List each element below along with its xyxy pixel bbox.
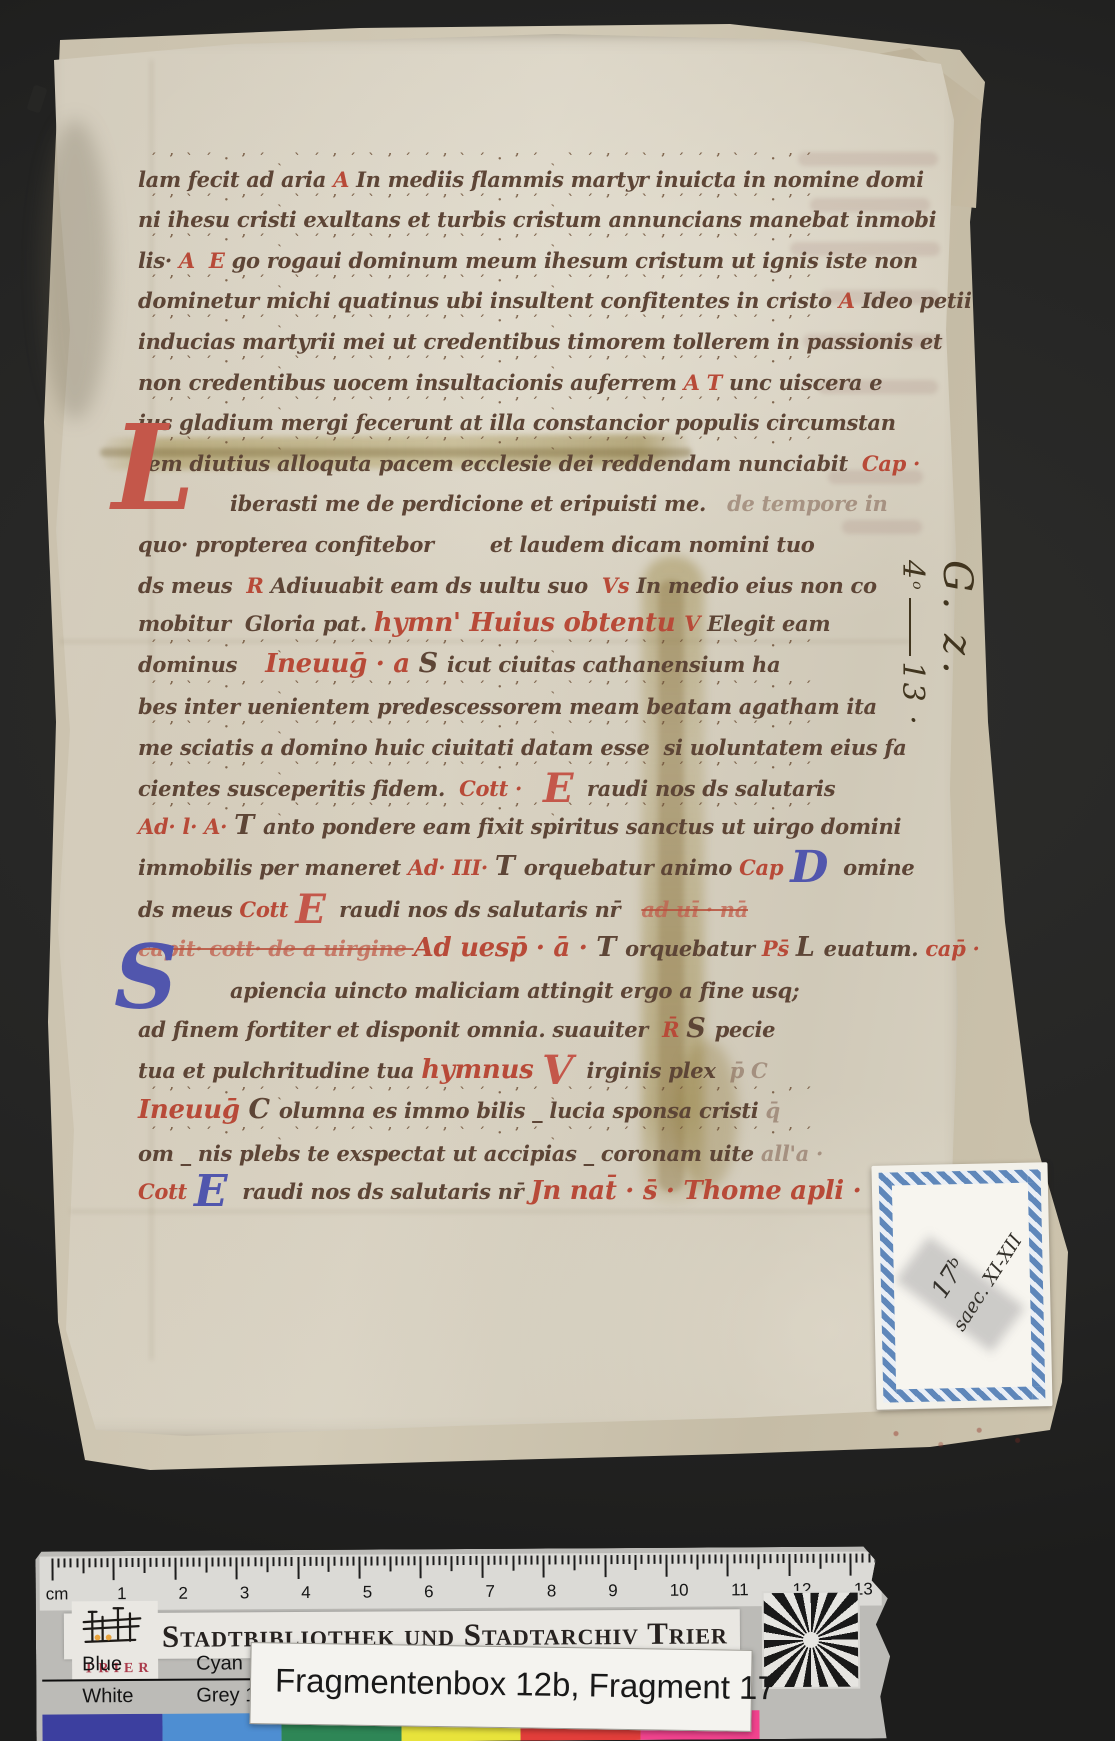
neume-marks: ˊ ʼ ˋ ˊ · ʼ ˊ ˎ ˋ ˊ ʼ ˊ ˋ ʼ ˊ ˊ ʼ ˋ ˊ · … bbox=[150, 395, 812, 410]
ruler-tick bbox=[156, 1558, 158, 1567]
ruler-number: 4 bbox=[301, 1583, 311, 1603]
manuscript-line: ˊ ʼ ˋ ˊ · ʼ ˊ ˎ ˋ ˊ ʼ ˊ ˋ ʼ ˊ ˊ ʼ ˋ ˊ · … bbox=[138, 272, 828, 313]
ruler-tick bbox=[770, 1554, 772, 1563]
ruler-tick bbox=[739, 1554, 741, 1563]
ruler-tick bbox=[622, 1555, 624, 1564]
ruler-tick bbox=[352, 1557, 354, 1566]
ruler-tick bbox=[801, 1554, 803, 1563]
ruler-tick bbox=[708, 1554, 710, 1563]
ruler-tick bbox=[211, 1558, 213, 1567]
ruler-tick bbox=[604, 1555, 606, 1577]
ruler-tick bbox=[616, 1555, 618, 1564]
degree-mark: o bbox=[909, 581, 925, 591]
ruler-tick bbox=[125, 1558, 127, 1567]
ruler-tick bbox=[279, 1557, 281, 1566]
manuscript-line-text: lam fecit ad aria A In mediis flammis ma… bbox=[138, 169, 924, 190]
manuscript-line: ˊ ʼ ˋ ˊ · ʼ ˊ ˎ ˋ ˊ ʼ ˊ ˋ ʼ ˊ ˊ ʼ ˋ ˊ · … bbox=[138, 434, 828, 475]
ruler-tick bbox=[150, 1558, 152, 1567]
star-center-dot bbox=[803, 1632, 819, 1648]
neume-marks: ˊ ʼ ˋ ˊ · ʼ ˊ ˎ ˋ ˊ ʼ ˊ ˋ ʼ ˊ ˊ ʼ ˋ ˊ · … bbox=[150, 719, 812, 734]
ruler-tick bbox=[610, 1555, 612, 1564]
ruler-tick bbox=[868, 1554, 870, 1563]
ruler-tick bbox=[70, 1558, 72, 1567]
manuscript-line-text: om _ nis plebs te exspectat ut accipias … bbox=[138, 1143, 823, 1164]
ruler-tick bbox=[518, 1556, 520, 1565]
color-label: White bbox=[82, 1685, 133, 1708]
ruler-tick bbox=[665, 1555, 667, 1577]
manuscript-line-text: iberasti me de perdicione et eripuisti m… bbox=[230, 493, 888, 514]
ruler-tick bbox=[272, 1557, 274, 1566]
manuscript-line: apiencia uincto maliciam attingit ergo a… bbox=[138, 962, 828, 1003]
manuscript-line-text: ius gladium mergi fecerunt at illa const… bbox=[138, 412, 896, 433]
manuscript-line: mobitur Gloria pat. hymn' Huius obtentu … bbox=[138, 597, 828, 638]
archival-sticker: 17ᵇ saec. XI-XII bbox=[871, 1162, 1052, 1410]
corner-stain bbox=[40, 120, 110, 420]
manuscript-line-text: capit· cott· de a uirgine Ad uesp̄ · ā ·… bbox=[138, 934, 980, 961]
manuscript-line: ad finem fortiter et disponit omnia. sua… bbox=[138, 1002, 828, 1043]
ruler-tick bbox=[524, 1556, 526, 1565]
ruler-tick bbox=[543, 1555, 545, 1577]
manuscript-text: ˊ ʼ ˋ ˊ · ʼ ˊ ˎ ˋ ˊ ʼ ˊ ˋ ʼ ˊ ˊ ʼ ˋ ˊ · … bbox=[138, 150, 828, 1205]
ruler-tick bbox=[598, 1555, 600, 1564]
manuscript-line: ˊ ʼ ˋ ˊ · ʼ ˊ ˎ ˋ ˊ ʼ ˊ ˋ ʼ ˊ ˊ ʼ ˋ ˊ · … bbox=[138, 150, 828, 191]
ruler-number: 2 bbox=[178, 1584, 188, 1604]
ruler-tick bbox=[512, 1556, 514, 1571]
ruler-tick bbox=[862, 1554, 864, 1563]
ruler-tick bbox=[788, 1554, 790, 1576]
ruler-tick bbox=[487, 1556, 489, 1565]
color-labels-row1: BlueCyanMagenta bbox=[35, 1546, 889, 1551]
ruler-tick bbox=[137, 1558, 139, 1567]
manuscript-line: ds meus R Adiuuabit eam ds uultu suo Vs … bbox=[138, 556, 828, 597]
fragment-label-strip: Fragmentenbox 12b, Fragment 17 bbox=[249, 1642, 752, 1732]
manuscript-line: ˊ ʼ ˋ ˊ · ʼ ˊ ˎ ˋ ˊ ʼ ˊ ˋ ʼ ˊ ˊ ʼ ˋ ˊ · … bbox=[138, 637, 828, 678]
edge-notch bbox=[26, 84, 47, 113]
ruler-tick bbox=[758, 1554, 760, 1569]
ruler-tick bbox=[383, 1556, 385, 1565]
neume-marks: ˊ ʼ ˋ ˊ · ʼ ˊ ˎ ˋ ˊ ʼ ˊ ˋ ʼ ˊ ˊ ʼ ˋ ˊ · … bbox=[150, 313, 812, 328]
ruler-tick bbox=[733, 1554, 735, 1563]
ruler-unit-label: cm bbox=[46, 1584, 69, 1604]
ruler-tick bbox=[144, 1558, 146, 1573]
ruler-tick bbox=[457, 1556, 459, 1565]
ruler-tick bbox=[174, 1558, 176, 1580]
ruler-tick bbox=[334, 1557, 336, 1566]
ruler-tick bbox=[328, 1557, 330, 1572]
ruler-tick bbox=[236, 1557, 238, 1579]
manuscript-line-text: inducias martyrii mei ut credentibus tim… bbox=[138, 331, 942, 352]
ruler-tick bbox=[874, 1553, 876, 1562]
manuscript-line-text: bes inter uenientem predescessorem meam … bbox=[138, 696, 877, 717]
color-labels-row2: WhiteGrey 1 bbox=[35, 1546, 889, 1551]
ruler-number: 8 bbox=[547, 1581, 557, 1601]
ruler-tick bbox=[807, 1554, 809, 1563]
manuscript-line-text: Ad· l· A· T anto pondere eam fixit spiri… bbox=[138, 812, 901, 839]
ruler-tick bbox=[322, 1557, 324, 1566]
ruler-tick bbox=[414, 1556, 416, 1565]
ruler-number: 6 bbox=[424, 1582, 434, 1602]
ruler-tick bbox=[432, 1556, 434, 1565]
ruler-tick bbox=[579, 1555, 581, 1564]
manuscript-line-text: cientes susceperitis fidem. Cott · E rau… bbox=[138, 778, 835, 799]
manuscript-line: iberasti me de perdicione et eripuisti m… bbox=[138, 475, 828, 516]
ruler-tick bbox=[199, 1558, 201, 1567]
ruler-tick bbox=[64, 1558, 66, 1567]
ruler-tick bbox=[451, 1556, 453, 1571]
ruler-tick bbox=[119, 1558, 121, 1567]
manuscript-line-text: apiencia uincto maliciam attingit ergo a… bbox=[230, 980, 799, 1001]
color-label: Cyan bbox=[196, 1652, 243, 1675]
color-patches bbox=[35, 1546, 889, 1551]
ruler-tick bbox=[659, 1555, 661, 1564]
ruler-tick bbox=[751, 1554, 753, 1563]
manuscript-line-text: tem diutius alloquta pacem ecclesie dei … bbox=[138, 453, 920, 474]
ruler-tick bbox=[727, 1554, 729, 1576]
ruler-tick bbox=[549, 1555, 551, 1564]
ruler-tick bbox=[530, 1556, 532, 1565]
manuscript-line-text: Cott E raudi nos ds salutaris nr̄ Jn nat… bbox=[138, 1178, 861, 1204]
neume-marks: ˊ ʼ ˋ ˊ · ʼ ˊ ˎ ˋ ˊ ʼ ˊ ˋ ʼ ˊ ˊ ʼ ˋ ˊ · … bbox=[150, 679, 812, 694]
manuscript-line-text: mobitur Gloria pat. hymn' Huius obtentu … bbox=[138, 610, 830, 636]
ruler-tick bbox=[260, 1557, 262, 1566]
ruler-tick bbox=[180, 1558, 182, 1567]
ruler-tick bbox=[586, 1555, 588, 1564]
ruler-tick bbox=[567, 1555, 569, 1564]
ruler-tick bbox=[444, 1556, 446, 1565]
ruler-number: 11 bbox=[731, 1580, 749, 1600]
neume-marks: ˊ ʼ ˋ ˊ · ʼ ˊ ˎ ˋ ˊ ʼ ˊ ˋ ʼ ˊ ˊ ʼ ˋ ˊ · … bbox=[150, 192, 812, 207]
ruler-tick bbox=[346, 1557, 348, 1566]
manuscript-line-text: quo· propterea confitebor et laudem dica… bbox=[138, 534, 815, 555]
ruler-tick bbox=[506, 1556, 508, 1565]
ruler-tick bbox=[573, 1555, 575, 1570]
ruler-tick bbox=[340, 1557, 342, 1566]
ruler-tick bbox=[94, 1558, 96, 1567]
manuscript-line-text: ad finem fortiter et disponit omnia. sua… bbox=[138, 1015, 775, 1042]
color-patch bbox=[42, 1714, 162, 1741]
ruler-tick bbox=[629, 1555, 631, 1564]
manuscript-line: ˊ ʼ ˋ ˊ · ʼ ˊ ˎ ˋ ˊ ʼ ˊ ˋ ʼ ˊ ˊ ʼ ˋ ˊ · … bbox=[138, 1084, 828, 1125]
ruler-tick bbox=[715, 1554, 717, 1563]
ruler-tick bbox=[641, 1555, 643, 1564]
shelfmark-number: 4o13 · bbox=[895, 560, 930, 770]
ruler-tick bbox=[58, 1558, 60, 1567]
ruler-tick bbox=[230, 1557, 232, 1566]
manuscript-line: ˊ ʼ ˋ ˊ · ʼ ˊ ˎ ˋ ˊ ʼ ˊ ˋ ʼ ˊ ˊ ʼ ˋ ˊ · … bbox=[138, 353, 828, 394]
ruler-tick bbox=[242, 1557, 244, 1566]
manuscript-line-text: dominetur michi quatinus ubi insultent c… bbox=[138, 290, 972, 311]
ruler-tick bbox=[193, 1558, 195, 1567]
photo-stage: ˊ ʼ ˋ ˊ · ʼ ˊ ˎ ˋ ˊ ʼ ˊ ˋ ʼ ˊ ˊ ʼ ˋ ˊ · … bbox=[0, 0, 1115, 1741]
ruler-tick bbox=[107, 1558, 109, 1567]
manuscript-line-text: me sciatis a domino huic ciuitati datam … bbox=[138, 737, 906, 758]
manuscript-line-text: Ineuuḡ C olumna es immo bilis _ lucia sp… bbox=[138, 1096, 780, 1123]
fragment-label-text: Fragmentenbox 12b, Fragment 17 bbox=[275, 1661, 776, 1707]
ruler-tick bbox=[635, 1555, 637, 1570]
ruler-tick bbox=[101, 1558, 103, 1567]
manuscript-line: immobilis per maneret Ad· III· T orqueba… bbox=[138, 840, 828, 881]
manuscript-line: capit· cott· de a uirgine Ad uesp̄ · ā ·… bbox=[138, 921, 828, 962]
ruler-tick bbox=[291, 1557, 293, 1566]
ruler-tick bbox=[653, 1555, 655, 1564]
ruler-tick bbox=[205, 1558, 207, 1573]
drop-cap-initial: S bbox=[114, 940, 178, 1015]
manuscript-line: ˊ ʼ ˋ ˊ · ʼ ˊ ˎ ˋ ˊ ʼ ˊ ˋ ʼ ˊ ˊ ʼ ˋ ˊ · … bbox=[138, 191, 828, 232]
ruler-tick bbox=[684, 1555, 686, 1564]
ruler-tick bbox=[825, 1554, 827, 1563]
ruler-number: 9 bbox=[608, 1581, 618, 1601]
ruler-tick bbox=[782, 1554, 784, 1563]
ruler-tick bbox=[408, 1556, 410, 1565]
ruler-tick bbox=[389, 1556, 391, 1571]
ruler-tick bbox=[131, 1558, 133, 1567]
manuscript-line: ˊ ʼ ˋ ˊ · ʼ ˊ ˎ ˋ ˊ ʼ ˊ ˋ ʼ ˊ ˊ ʼ ˋ ˊ · … bbox=[138, 231, 828, 272]
ruler-tick bbox=[843, 1554, 845, 1563]
ruler-tick bbox=[303, 1557, 305, 1566]
ruler-tick bbox=[850, 1554, 852, 1576]
ruler-tick bbox=[481, 1556, 483, 1578]
ruler-tick bbox=[555, 1555, 557, 1564]
ruler-tick bbox=[500, 1556, 502, 1565]
neume-marks: ˊ ʼ ˋ ˊ · ʼ ˊ ˎ ˋ ˊ ʼ ˊ ˋ ʼ ˊ ˊ ʼ ˋ ˊ · … bbox=[150, 1125, 812, 1140]
ruler: cm 12345678910111213 bbox=[39, 1551, 881, 1610]
siemens-star-target bbox=[762, 1591, 861, 1690]
manuscript-line: tua et pulchritudine tua hymnus V irgini… bbox=[138, 1043, 828, 1084]
ruler-tick bbox=[837, 1554, 839, 1563]
ruler-tick bbox=[266, 1557, 268, 1572]
ruler-tick bbox=[187, 1558, 189, 1567]
ruler-tick bbox=[371, 1557, 373, 1566]
ruler-tick bbox=[696, 1555, 698, 1570]
ruler-number: 5 bbox=[363, 1583, 373, 1603]
fraction-dash bbox=[909, 598, 911, 656]
ruler-tick bbox=[395, 1556, 397, 1565]
neume-marks: ˊ ʼ ˋ ˊ · ʼ ˊ ˎ ˋ ˊ ʼ ˊ ˋ ʼ ˊ ˊ ʼ ˋ ˊ · … bbox=[150, 435, 812, 450]
manuscript-line: ˊ ʼ ˋ ˊ · ʼ ˊ ˎ ˋ ˊ ʼ ˊ ˋ ʼ ˊ ˊ ʼ ˋ ˊ · … bbox=[138, 312, 828, 353]
ruler-tick bbox=[365, 1557, 367, 1566]
ruler-tick bbox=[420, 1556, 422, 1578]
ruler-tick bbox=[76, 1558, 78, 1567]
manuscript-line: ˊ ʼ ˋ ˊ · ʼ ˊ ˎ ˋ ˊ ʼ ˊ ˋ ʼ ˊ ˊ ʼ ˋ ˊ · … bbox=[138, 1124, 828, 1165]
ruler-tick bbox=[672, 1555, 674, 1564]
ruler-tick bbox=[690, 1555, 692, 1564]
manuscript-line-text: lis· A E go rogaui dominum meum ihesum c… bbox=[138, 250, 918, 271]
ruler-tick bbox=[776, 1554, 778, 1563]
ruler-tick bbox=[113, 1558, 115, 1580]
manuscript-line-text: dominus Ineuuḡ · a S icut ciuitas cathan… bbox=[138, 650, 780, 677]
drop-cap-initial: L bbox=[112, 418, 195, 518]
ruler-tick bbox=[702, 1555, 704, 1564]
ruler-tick bbox=[285, 1557, 287, 1566]
showthrough-line bbox=[842, 520, 922, 534]
ink-speckles bbox=[880, 1420, 1040, 1454]
ruler-tick bbox=[315, 1557, 317, 1566]
ruler-tick bbox=[463, 1556, 465, 1565]
ruler-tick bbox=[254, 1557, 256, 1566]
ruler-tick bbox=[248, 1557, 250, 1566]
ruler-tick bbox=[51, 1559, 53, 1581]
manuscript-line: ˊ ʼ ˋ ˊ · ʼ ˊ ˎ ˋ ˊ ʼ ˊ ˋ ʼ ˊ ˊ ʼ ˋ ˊ · … bbox=[138, 800, 828, 841]
ruler-tick bbox=[168, 1558, 170, 1567]
manuscript-line: ˊ ʼ ˋ ˊ · ʼ ˊ ˎ ˋ ˊ ʼ ˊ ˋ ʼ ˊ ˊ ʼ ˋ ˊ · … bbox=[138, 718, 828, 759]
ruler-tick bbox=[794, 1554, 796, 1563]
shelfmark-letters: G. z. bbox=[934, 560, 980, 770]
ruler-number: 10 bbox=[670, 1581, 689, 1601]
manuscript-line-text: immobilis per maneret Ad· III· T orqueba… bbox=[138, 853, 914, 880]
ruler-tick bbox=[377, 1557, 379, 1566]
trier-bridge-logo-drawing bbox=[78, 1603, 148, 1651]
manuscript-line-text: ds meus R Adiuuabit eam ds uultu suo Vs … bbox=[138, 575, 877, 596]
ruler-tick bbox=[438, 1556, 440, 1565]
ruler-tick bbox=[469, 1556, 471, 1565]
ruler-tick bbox=[426, 1556, 428, 1565]
manuscript-line: Cott E raudi nos ds salutaris nr̄ Jn nat… bbox=[138, 1165, 828, 1206]
ruler-tick bbox=[831, 1554, 833, 1563]
ruler-tick bbox=[764, 1554, 766, 1563]
manuscript-line-text: ds meus Cott E raudi nos ds salutaris nr… bbox=[138, 899, 748, 920]
manuscript-line-text: non credentibus uocem insultacionis aufe… bbox=[138, 372, 882, 393]
shelfmark-annotation: G. z. 4o13 · bbox=[830, 560, 980, 770]
manuscript-line: ˊ ʼ ˋ ˊ · ʼ ˊ ˎ ˋ ˊ ʼ ˊ ˋ ʼ ˊ ˊ ʼ ˋ ˊ · … bbox=[138, 759, 828, 800]
manuscript-line: quo· propterea confitebor et laudem dica… bbox=[138, 515, 828, 556]
manuscript-line-text: ni ihesu cristi exultans et turbis crist… bbox=[138, 209, 936, 230]
ruler-tick bbox=[88, 1558, 90, 1567]
ruler-tick bbox=[561, 1555, 563, 1564]
ruler-tick bbox=[494, 1556, 496, 1565]
neume-marks: ˊ ʼ ˋ ˊ · ʼ ˊ ˎ ˋ ˊ ʼ ˊ ˋ ʼ ˊ ˊ ʼ ˋ ˊ · … bbox=[150, 354, 812, 369]
neume-marks: ˊ ʼ ˋ ˊ · ʼ ˊ ˎ ˋ ˊ ʼ ˊ ˋ ʼ ˊ ˊ ʼ ˋ ˊ · … bbox=[150, 232, 812, 247]
ruler-tick bbox=[537, 1556, 539, 1565]
neume-marks: ˊ ʼ ˋ ˊ · ʼ ˊ ˎ ˋ ˊ ʼ ˊ ˋ ʼ ˊ ˊ ʼ ˋ ˊ · … bbox=[150, 760, 812, 775]
neume-marks: ˊ ʼ ˋ ˊ · ʼ ˊ ˎ ˋ ˊ ʼ ˊ ˋ ʼ ˊ ˊ ʼ ˋ ˊ · … bbox=[150, 273, 812, 288]
ruler-tick bbox=[223, 1557, 225, 1566]
ruler-tick bbox=[162, 1558, 164, 1567]
ruler-tick bbox=[856, 1554, 858, 1563]
color-label: Grey 1 bbox=[196, 1684, 256, 1707]
ruler-tick bbox=[82, 1558, 84, 1573]
ruler-tick bbox=[592, 1555, 594, 1564]
ruler-tick bbox=[309, 1557, 311, 1566]
ruler-number: 3 bbox=[240, 1583, 250, 1603]
ruler-tick bbox=[813, 1554, 815, 1563]
ruler-tick bbox=[475, 1556, 477, 1565]
color-label: Blue bbox=[82, 1653, 122, 1676]
ruler-tick bbox=[721, 1554, 723, 1563]
ruler-tick bbox=[297, 1557, 299, 1579]
ruler-tick bbox=[819, 1554, 821, 1569]
ruler-tick bbox=[745, 1554, 747, 1563]
neume-marks: ˊ ʼ ˋ ˊ · ʼ ˊ ˎ ˋ ˊ ʼ ˊ ˋ ʼ ˊ ˊ ʼ ˋ ˊ · … bbox=[150, 151, 812, 166]
manuscript-line: ds meus Cott E raudi nos ds salutaris nr… bbox=[138, 881, 828, 922]
ruler-tick bbox=[217, 1557, 219, 1566]
manuscript-line: ˊ ʼ ˋ ˊ · ʼ ˊ ˎ ˋ ˊ ʼ ˊ ˋ ʼ ˊ ˊ ʼ ˋ ˊ · … bbox=[138, 394, 828, 435]
ruler-tick bbox=[678, 1555, 680, 1564]
manuscript-line: ˊ ʼ ˋ ˊ · ʼ ˊ ˎ ˋ ˊ ʼ ˊ ˋ ʼ ˊ ˊ ʼ ˋ ˊ · … bbox=[138, 678, 828, 719]
ruler-tick bbox=[647, 1555, 649, 1564]
ruler-number: 7 bbox=[485, 1582, 495, 1602]
ruler-tick bbox=[401, 1556, 403, 1565]
manuscript-line-text: tua et pulchritudine tua hymnus V irgini… bbox=[138, 1057, 767, 1083]
ruler-tick bbox=[358, 1557, 360, 1579]
